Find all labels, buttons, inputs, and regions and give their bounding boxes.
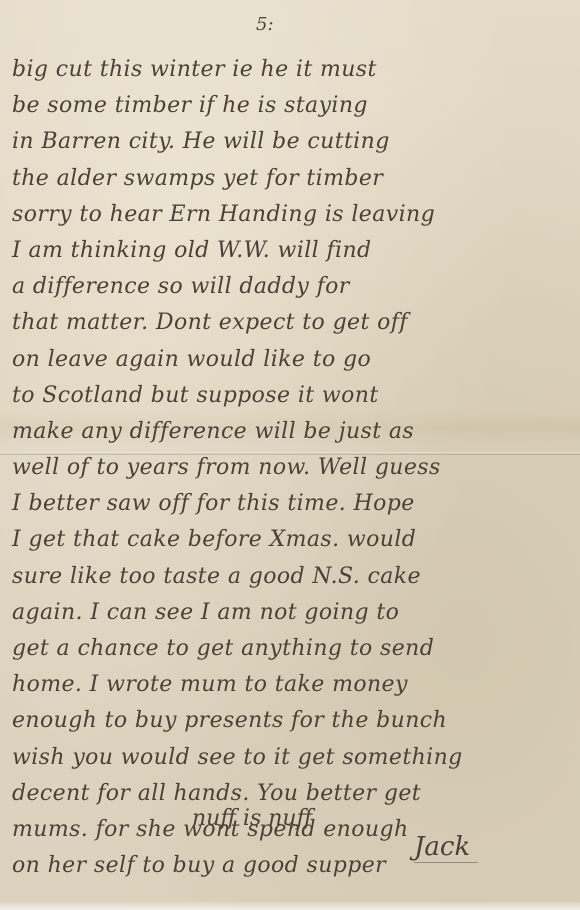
letter-line: to Scotland but suppose it wont — [12, 378, 572, 414]
paper-bottom-edge — [0, 902, 580, 910]
letter-line: wish you would see to it get something — [12, 740, 572, 776]
letter-line: enough to buy presents for the bunch — [12, 703, 572, 739]
letter-line: again. I can see I am not going to — [12, 595, 572, 631]
letter-line: that matter. Dont expect to get off — [12, 305, 572, 341]
letter-line: get a chance to get anything to send — [12, 631, 572, 667]
letter-line: on leave again would like to go — [12, 342, 572, 378]
letter-line: I get that cake before Xmas. would — [12, 522, 572, 558]
letter-line: sorry to hear Ern Handing is leaving — [12, 197, 572, 233]
letter-closing: nuff is nuff — [192, 806, 312, 831]
letter-page: 5: big cut this winter ie he it must be … — [0, 0, 580, 910]
letter-line: make any difference will be just as — [12, 414, 572, 450]
page-number: 5: — [256, 14, 274, 35]
letter-line: big cut this winter ie he it must — [12, 52, 572, 88]
letter-line: be some timber if he is staying — [12, 88, 572, 124]
letter-signature: Jack — [414, 832, 478, 863]
letter-line: sure like too taste a good N.S. cake — [12, 559, 572, 595]
letter-line: the alder swamps yet for timber — [12, 161, 572, 197]
letter-line: I better saw off for this time. Hope — [12, 486, 572, 522]
letter-line: a difference so will daddy for — [12, 269, 572, 305]
letter-body: big cut this winter ie he it must be som… — [12, 52, 572, 884]
letter-line: on her self to buy a good supper — [12, 848, 572, 884]
letter-line: I am thinking old W.W. will find — [12, 233, 572, 269]
letter-line: well of to years from now. Well guess — [12, 450, 572, 486]
letter-line: in Barren city. He will be cutting — [12, 124, 572, 160]
letter-line: home. I wrote mum to take money — [12, 667, 572, 703]
